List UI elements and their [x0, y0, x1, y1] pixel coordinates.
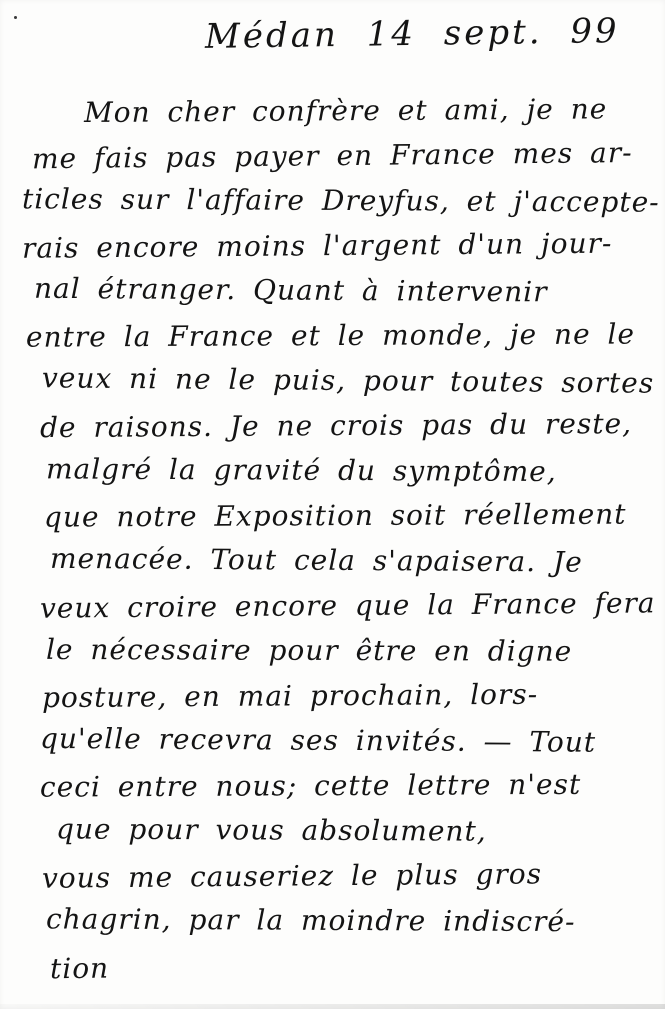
letter-line: le nécessaire pour être en digne [46, 627, 665, 674]
letter-line: ceci entre nous; cette lettre n'est [40, 761, 665, 809]
letter-line: entre la France et le monde, je ne le [26, 311, 665, 359]
letter-line: veux croire encore que la France fera [40, 580, 665, 630]
letter-line: Mon cher confrère et ami, je ne [84, 86, 665, 135]
letter-line: qu'elle recevra ses invités. — Tout [40, 716, 665, 765]
letter-line: posture, en mai prochain, lors- [42, 671, 665, 720]
letter-line: ticles sur l'affaire Dreyfus, et j'accep… [22, 176, 665, 224]
scan-edge-shading [0, 1004, 665, 1009]
letter-line: vous me causeriez le plus gros [42, 850, 665, 900]
letter-line: menacée. Tout cela s'apaisera. Je [50, 536, 665, 585]
letter-line: que pour vous absolument, [56, 806, 665, 854]
letter-body: Mon cher confrère et ami, je ne me fais … [0, 88, 665, 988]
letter-line: me fais pas payer en France mes ar- [32, 130, 665, 182]
ink-speck [14, 16, 17, 19]
letter-page: Médan 14 sept. 99 Mon cher confrère et a… [0, 0, 665, 1009]
letter-line: malgré la gravité du symptôme, [46, 446, 665, 494]
letter-line: de raisons. Je ne crois pas du reste, [40, 401, 665, 450]
letter-line: tion [50, 940, 665, 991]
letter-line: que notre Exposition soit réellement [44, 491, 665, 539]
letter-line: chagrin, par la moindre indiscré- [46, 896, 665, 944]
letter-line: veux ni ne le puis, pour toutes sortes [42, 355, 665, 405]
letter-line: rais encore moins l'argent d'un jour- [22, 220, 665, 271]
letter-line: nal étranger. Quant à intervenir [34, 266, 665, 315]
letter-dateline: Médan 14 sept. 99 [205, 11, 620, 57]
